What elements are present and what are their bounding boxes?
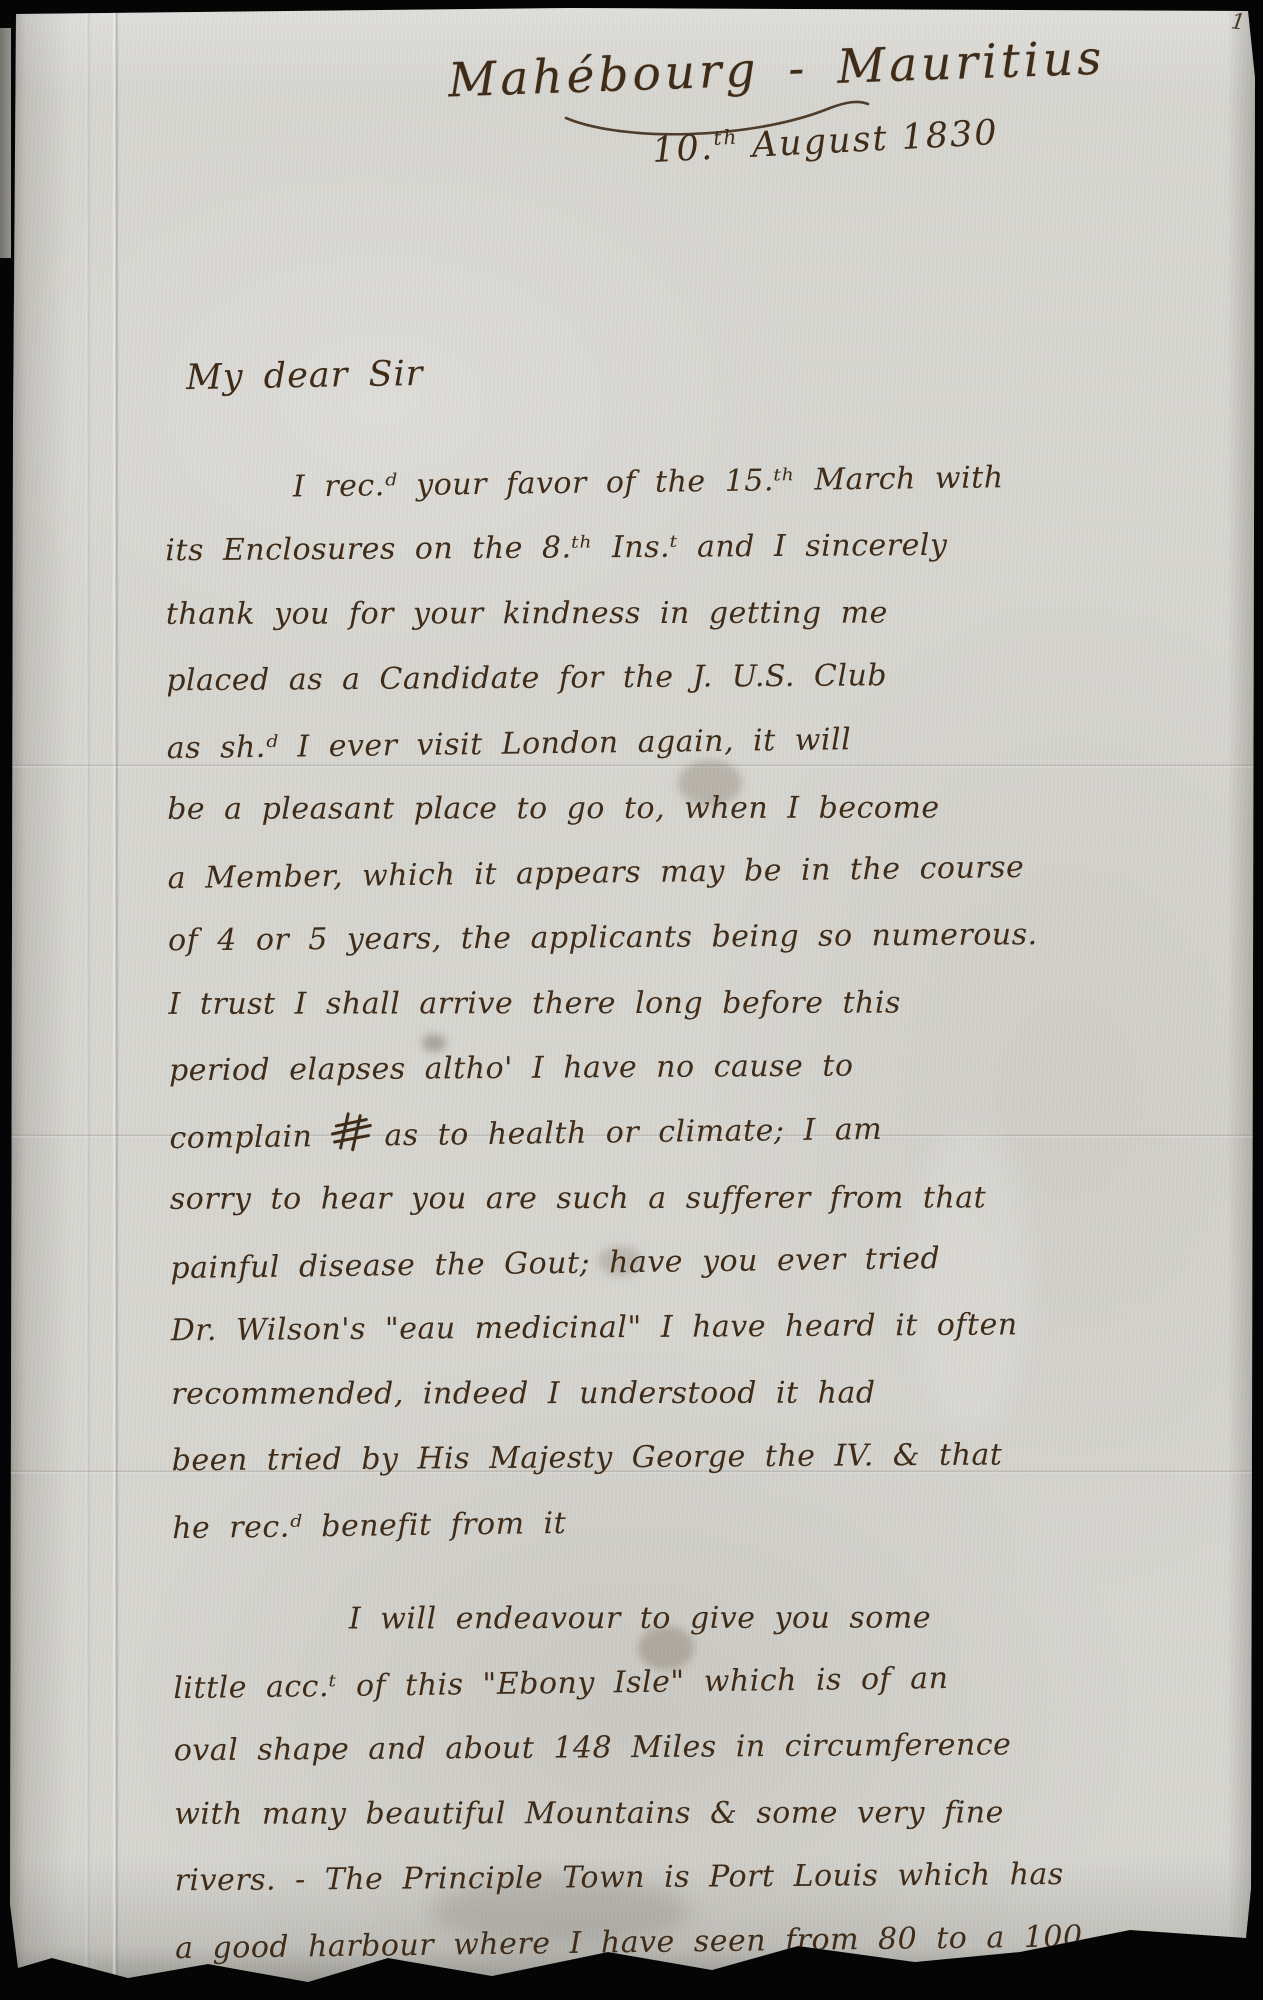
letter-line: oval shape and about 148 Miles in circum…	[174, 1712, 1114, 1784]
letter-line: placed as a Candidate for the J. U.S. Cl…	[166, 642, 1106, 714]
letter-line: as sh.ᵈ I ever visit London again, it wi…	[166, 704, 1107, 781]
letter-line: a Member, which it appears may be in the…	[167, 834, 1108, 911]
letter-line: its Enclosures on the 8.ᵗʰ Ins.ᵗ and I s…	[165, 512, 1105, 584]
letter-line: little acc.ᵗ of this "Ebony Isle" which …	[173, 1644, 1114, 1721]
letter-line: be a pleasant place to go to, when I bec…	[167, 775, 1107, 842]
date-day-suffix: th	[713, 125, 739, 150]
letter-line: rivers. - The Principle Town is Port Lou…	[174, 1842, 1114, 1914]
letter-body: I rec.ᵈ your favor of the 15.ᵗʰ March wi…	[165, 447, 1116, 1979]
letter-line: recommended, indeed I understood it had	[171, 1360, 1111, 1427]
letter-line: painful disease the Gout; have you ever …	[170, 1224, 1111, 1301]
vertical-fold-crease	[112, 8, 119, 1988]
letter-line: sorry to hear you are such a sufferer fr…	[170, 1165, 1110, 1232]
letter-line: period elapses altho' I have no cause to	[169, 1032, 1109, 1104]
page-number: 1	[1229, 9, 1246, 36]
vertical-fold-crease	[84, 8, 91, 1988]
letter-line: with many beautiful Mountains & some ver…	[174, 1780, 1114, 1847]
letter-line-with-scribble: complain as to health or climate; I am	[169, 1094, 1110, 1171]
letter-paper: 1 Mahébourg - Mauritius 10.th August 183…	[10, 8, 1255, 1988]
date-day: 10.	[651, 128, 715, 171]
line-text-before: complain	[169, 1119, 312, 1156]
letter-line: been tried by His Majesty George the IV.…	[171, 1422, 1111, 1494]
letter-line: I will endeavour to give you some	[173, 1585, 1113, 1652]
line-text-after: as to health or climate; I am	[384, 1112, 882, 1154]
letter-line: I trust I shall arrive there long before…	[168, 970, 1108, 1037]
letter-line: I rec.ᵈ your favor of the 15.ᵗʰ March wi…	[165, 444, 1106, 521]
letter-line: Dr. Wilson's "eau medicinal" I have hear…	[171, 1292, 1111, 1364]
ink-scribble-crossed-out-word	[328, 1111, 375, 1152]
paper-edge-sliver	[0, 28, 11, 258]
letter-line: he rec.ᵈ benefit from it	[172, 1484, 1113, 1561]
letter-line: thank you for your kindness in getting m…	[166, 580, 1106, 647]
salutation: My dear Sir	[186, 354, 424, 398]
letter-line: of 4 or 5 years, the applicants being so…	[168, 902, 1108, 974]
